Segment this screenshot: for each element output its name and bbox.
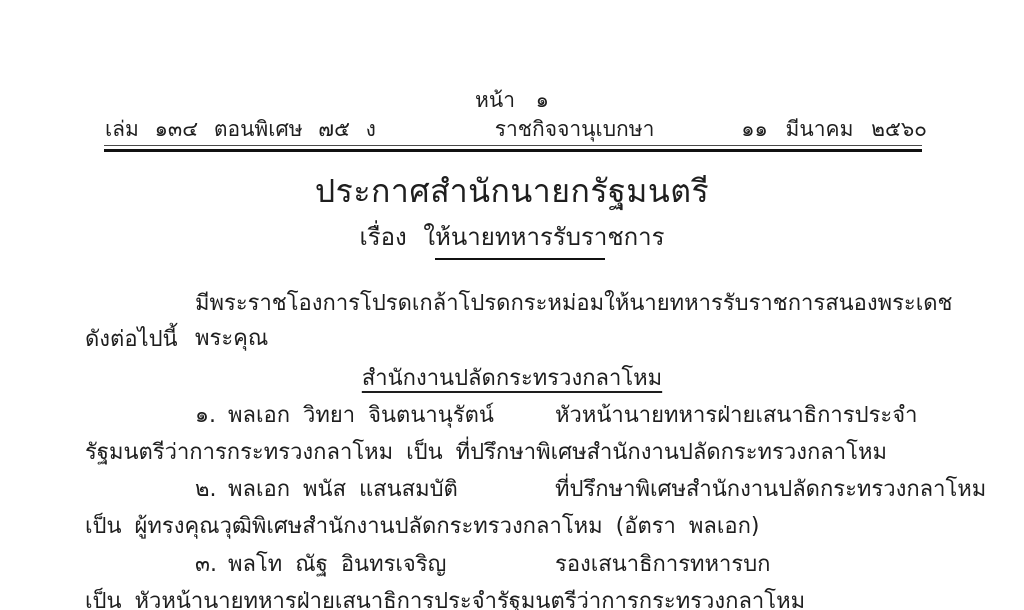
entry-3-number: ๓. — [195, 546, 228, 581]
appointment-entry-2-line-1: ๒.พลเอก พนัส แสนสมบัติ ที่ปรึกษาพิเศษสำน… — [0, 471, 1024, 503]
entry-2-position: ที่ปรึกษาพิเศษสำนักงานปลัดกระทรวงกลาโหม — [555, 471, 986, 506]
masthead-double-rule — [104, 145, 922, 152]
entry-1-position: หัวหน้านายทหารฝ่ายเสนาธิการประจำ — [555, 397, 917, 432]
entry-2-continuation: เป็น ผู้ทรงคุณวุฒิพิเศษสำนักงานปลัดกระทร… — [85, 508, 760, 543]
entry-1-continuation: รัฐมนตรีว่าการกระทรวงกลาโหม เป็น ที่ปรึก… — [85, 434, 887, 469]
appointment-entry-1-line-1: ๑.พลเอก วิทยา จินตนานุรัตน์ หัวหน้านายทห… — [0, 397, 1024, 429]
entry-2-number: ๒. — [195, 471, 228, 506]
entry-3-name-block: ๓.พลโท ณัฐ อินทรเจริญ — [195, 546, 446, 581]
masthead-date: ๑๑ มีนาคม ๒๕๖๐ — [741, 113, 927, 146]
appointment-entry-1-line-2: รัฐมนตรีว่าการกระทรวงกลาโหม เป็น ที่ปรึก… — [0, 434, 1024, 466]
masthead-volume: เล่ม ๑๓๔ ตอนพิเศษ ๗๕ ง — [105, 113, 376, 146]
appointment-entry-3-line-2: เป็น หัวหน้านายทหารฝ่ายเสนาธิการประจำรัฐ… — [0, 583, 1024, 610]
appointment-entry-3-line-1: ๓.พลโท ณัฐ อินทรเจริญ รองเสนาธิการทหารบก — [0, 546, 1024, 578]
gazette-document-page: หน้า ๑ เล่ม ๑๓๔ ตอนพิเศษ ๗๕ ง ราชกิจจานุ… — [0, 0, 1024, 610]
entry-3-continuation: เป็น หัวหน้านายทหารฝ่ายเสนาธิการประจำรัฐ… — [85, 583, 805, 610]
entry-1-number: ๑. — [195, 397, 228, 432]
entry-2-name: พลเอก พนัส แสนสมบัติ — [228, 477, 458, 502]
entry-3-name: พลโท ณัฐ อินทรเจริญ — [228, 552, 446, 577]
announcement-title: ประกาศสำนักนายกรัฐมนตรี — [0, 166, 1024, 217]
subject-divider-rule — [435, 258, 605, 260]
entry-2-name-block: ๒.พลเอก พนัส แสนสมบัติ — [195, 471, 458, 506]
masthead: เล่ม ๑๓๔ ตอนพิเศษ ๗๕ ง ราชกิจจานุเบกษา ๑… — [105, 113, 927, 146]
masthead-gazette-name: ราชกิจจานุเบกษา — [495, 113, 655, 146]
preamble-line-1: มีพระราชโองการโปรดเกล้าโปรดกระหม่อมให้นา… — [195, 285, 1024, 355]
entry-3-position: รองเสนาธิการทหารบก — [555, 546, 771, 581]
entry-1-name-block: ๑.พลเอก วิทยา จินตนานุรัตน์ — [195, 397, 494, 432]
announcement-subject: เรื่อง ให้นายทหารรับราชการ — [0, 217, 1024, 256]
appointment-entry-2-line-2: เป็น ผู้ทรงคุณวุฒิพิเศษสำนักงานปลัดกระทร… — [0, 508, 1024, 540]
preamble-line-2: ดังต่อไปนี้ — [85, 321, 178, 356]
entry-1-name: พลเอก วิทยา จินตนานุรัตน์ — [228, 403, 494, 428]
section-heading: สำนักงานปลัดกระทรวงกลาโหม — [0, 360, 1024, 395]
